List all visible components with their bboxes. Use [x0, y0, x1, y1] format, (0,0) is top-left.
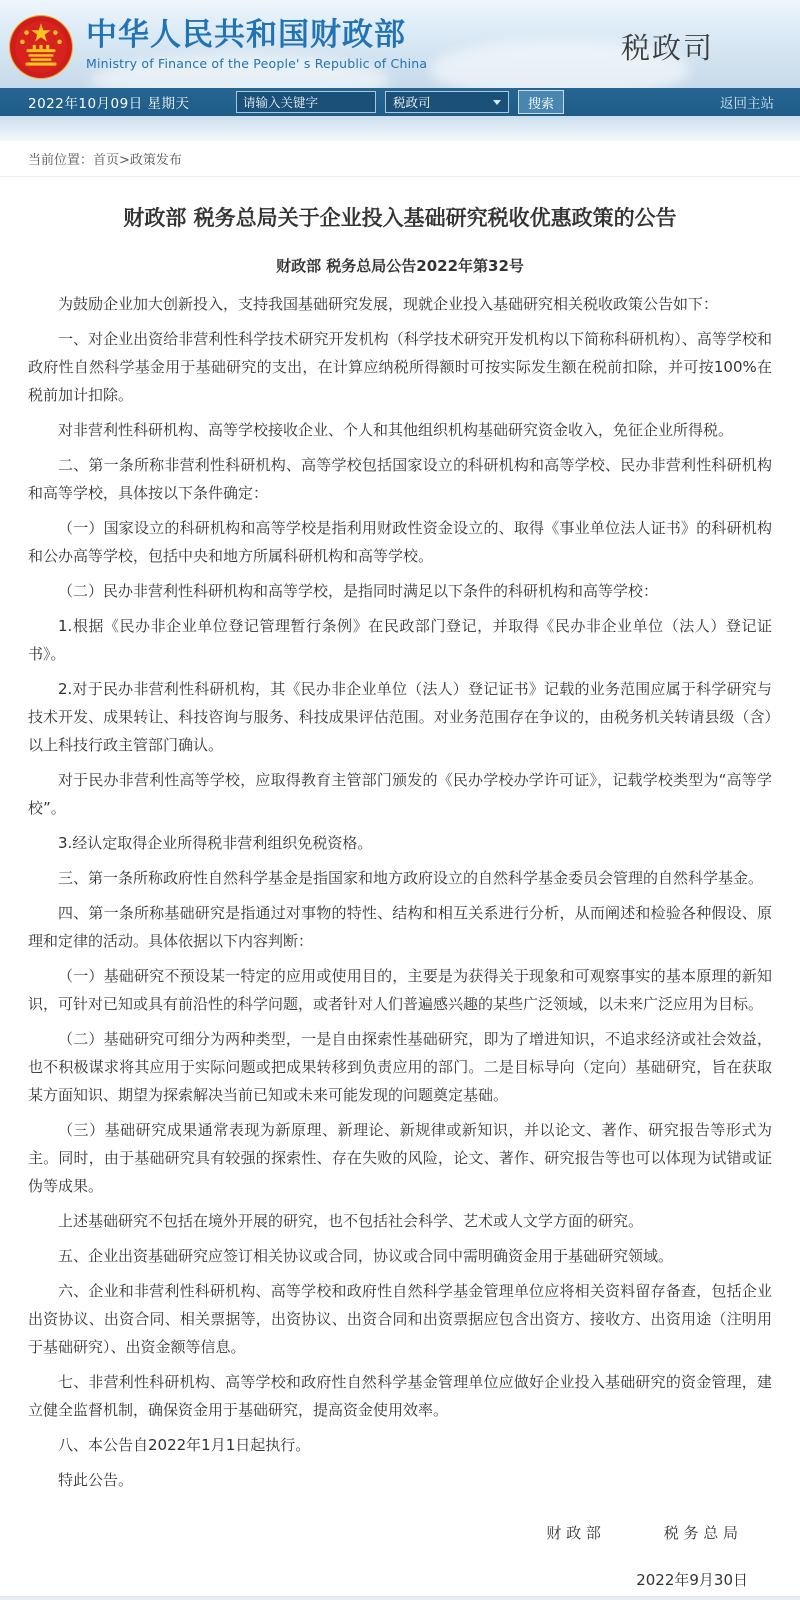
paragraph: 对非营利性科研机构、高等学校接收企业、个人和其他组织机构基础研究资金收入，免征企… — [28, 416, 772, 444]
paragraph: （一）基础研究不预设某一特定的应用或使用目的，主要是为获得关于现象和可观察事实的… — [28, 962, 772, 1018]
paragraph: 二、第一条所称非营利性科研机构、高等学校包括国家设立的科研机构和高等学校、民办非… — [28, 451, 772, 507]
search-input[interactable] — [236, 91, 376, 113]
breadcrumb: 当前位置： 首页>政策发布 — [0, 141, 800, 177]
department-name: 税政司 — [621, 26, 714, 67]
site-brand: 中华人民共和国财政部 Ministry of Finance of the Pe… — [86, 18, 427, 71]
document-date: 2022年9月30日 — [28, 1569, 772, 1590]
document-title: 财政部 税务总局关于企业投入基础研究税收优惠政策的公告 — [28, 203, 772, 233]
paragraph: （二）基础研究可细分为两种类型，一是自由探索性基础研究，即为了增进知识，不追求经… — [28, 1025, 772, 1109]
paragraph: 八、本公告自2022年1月1日起执行。 — [28, 1431, 772, 1459]
paragraph: 四、第一条所称基础研究是指通过对事物的特性、结构和相互关系进行分析，从而阐述和检… — [28, 899, 772, 955]
return-home-link[interactable]: 返回主站 — [720, 92, 800, 112]
paragraph: 3.经认定取得企业所得税非营利组织免税资格。 — [28, 829, 772, 857]
site-subtitle: Ministry of Finance of the People' s Rep… — [86, 56, 427, 71]
paragraph: 2.对于民办非营利性科研机构，其《民办非企业单位（法人）登记证书》记载的业务范围… — [28, 675, 772, 759]
paragraph: （三）基础研究成果通常表现为新原理、新理论、新规律或新知识，并以论文、著作、研究… — [28, 1116, 772, 1200]
document-content: 财政部 税务总局关于企业投入基础研究税收优惠政策的公告 财政部 税务总局公告20… — [0, 203, 800, 1600]
national-emblem-icon — [8, 14, 74, 80]
breadcrumb-path[interactable]: 首页>政策发布 — [93, 149, 182, 168]
paragraph: 三、第一条所称政府性自然科学基金是指国家和地方政府设立的自然科学基金委员会管理的… — [28, 864, 772, 892]
paragraph: （二）民办非营利性科研机构和高等学校，是指同时满足以下条件的科研机构和高等学校： — [28, 577, 772, 605]
navbar: 2022年10月09日 星期天 税政司 搜索 返回主站 — [0, 88, 800, 116]
site-title: 中华人民共和国财政部 — [86, 18, 427, 52]
paragraph: 一、对企业出资给非营利性科学技术研究开发机构（科学技术研究开发机构以下简称科研机… — [28, 325, 772, 409]
paragraph: 为鼓励企业加大创新投入，支持我国基础研究发展，现就企业投入基础研究相关税收政策公… — [28, 290, 772, 318]
signature-tax-administration: 税 务 总 局 — [664, 1522, 738, 1543]
signature-ministry-of-finance: 财 政 部 — [546, 1522, 601, 1543]
document-body: 为鼓励企业加大创新投入，支持我国基础研究发展，现就企业投入基础研究相关税收政策公… — [28, 290, 772, 1494]
current-date: 2022年10月09日 星期天 — [0, 92, 190, 112]
search-group: 税政司 搜索 — [236, 90, 564, 114]
paragraph: 对于民办非营利性高等学校，应取得教育主管部门颁发的《民办学校办学许可证》，记载学… — [28, 766, 772, 822]
header-strip — [0, 116, 800, 141]
paragraph: 七、非营利性科研机构、高等学校和政府性自然科学基金管理单位应做好企业投入基础研究… — [28, 1368, 772, 1424]
paragraph: 上述基础研究不包括在境外开展的研究，也不包括社会科学、艺术或人文学方面的研究。 — [28, 1207, 772, 1235]
signature-row: 财 政 部 税 务 总 局 — [28, 1522, 772, 1543]
search-scope-value: 税政司 — [393, 93, 431, 111]
paragraph: 特此公告。 — [28, 1466, 772, 1494]
paragraph: 五、企业出资基础研究应签订相关协议或合同，协议或合同中需明确资金用于基础研究领域… — [28, 1242, 772, 1270]
site-header: 中华人民共和国财政部 Ministry of Finance of the Pe… — [0, 0, 800, 88]
paragraph: 六、企业和非营利性科研机构、高等学校和政府性自然科学基金管理单位应将相关资料留存… — [28, 1277, 772, 1361]
paragraph: 1.根据《民办非企业单位登记管理暂行条例》在民政部门登记，并取得《民办非企业单位… — [28, 612, 772, 668]
paragraph: （一）国家设立的科研机构和高等学校是指利用财政性资金设立的、取得《事业单位法人证… — [28, 514, 772, 570]
document-number: 财政部 税务总局公告2022年第32号 — [28, 255, 772, 276]
search-scope-dropdown[interactable]: 税政司 — [385, 91, 509, 113]
search-button[interactable]: 搜索 — [518, 90, 564, 114]
breadcrumb-prefix: 当前位置： — [28, 149, 93, 168]
chevron-down-icon — [493, 100, 501, 105]
bottom-divider — [0, 1596, 800, 1600]
